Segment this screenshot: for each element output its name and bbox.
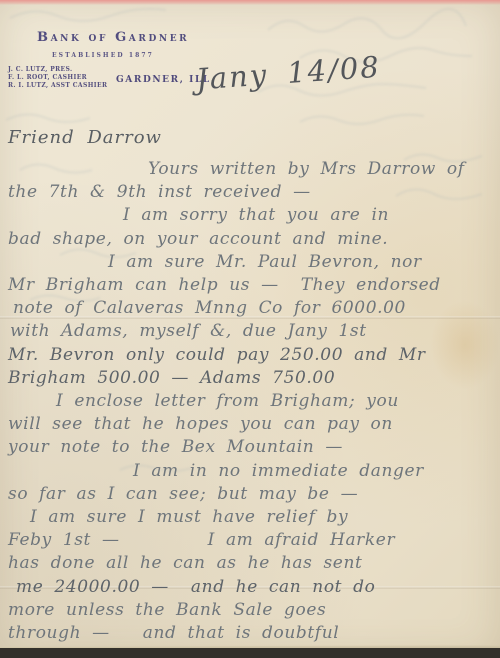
- letter-line: I enclose letter from Brigham; you: [56, 390, 498, 413]
- letter-line: Mr Brigham can help us — They endorsed: [8, 274, 498, 297]
- salutation: Friend Darrow: [8, 127, 498, 148]
- letterhead-bank-name: Bank of Gardner: [37, 30, 189, 45]
- letter-line: Feby 1st — I am afraid Harker: [8, 529, 498, 552]
- officer-line: R. I. LUTZ, ASST CASHIER: [8, 82, 107, 89]
- letter-line: will see that he hopes you can pay on: [8, 413, 498, 436]
- letter-line: I am sure I must have relief by: [30, 506, 498, 529]
- letter-line: through — and that is doubtful: [8, 622, 498, 645]
- letter-line: Mr. Bevron only could pay 250.00 and Mr: [8, 344, 498, 367]
- letter-line: Yours written by Mrs Darrow of: [148, 158, 498, 181]
- letter-line: has done all he can as he has sent: [8, 552, 498, 575]
- letter-line: bad shape, on your account and mine.: [8, 228, 498, 251]
- letterhead-officers-list: J. C. LUTZ, PRES. F. L. ROOT, CASHIER R.…: [8, 66, 107, 90]
- letterhead-established-line: ESTABLISHED 1877: [52, 52, 154, 59]
- scan-top-edge: [0, 0, 500, 5]
- scanned-letter-page: Bank of Gardner ESTABLISHED 1877 J. C. L…: [0, 0, 500, 658]
- letter-line: me 24000.00 — and he can not do: [16, 576, 498, 599]
- letter-line: more unless the Bank Sale goes: [8, 599, 498, 622]
- officer-line: J. C. LUTZ, PRES.: [8, 66, 73, 73]
- letter-line: the 7th & 9th inst received —: [8, 181, 498, 204]
- letter-line: with Adams, myself &, due Jany 1st: [10, 320, 498, 343]
- letter-line: note of Calaveras Mnng Co for 6000.00: [13, 297, 498, 320]
- scan-bottom-edge: [0, 648, 500, 658]
- letter-line: Brigham 500.00 — Adams 750.00: [8, 367, 498, 390]
- handwritten-date: Jany 14/08: [195, 50, 382, 97]
- letter-line: your note to the Bex Mountain —: [8, 436, 498, 459]
- letter-line: so far as I can see; but may be —: [8, 483, 498, 506]
- officer-line: F. L. ROOT, CASHIER: [8, 74, 87, 81]
- letter-line: I am in no immediate danger: [133, 460, 498, 483]
- letter-line: I am sure Mr. Paul Bevron, nor: [108, 251, 498, 274]
- letter-body: Friend Darrow Yours written by Mrs Darro…: [8, 127, 498, 645]
- letter-line: I am sorry that you are in: [123, 204, 498, 227]
